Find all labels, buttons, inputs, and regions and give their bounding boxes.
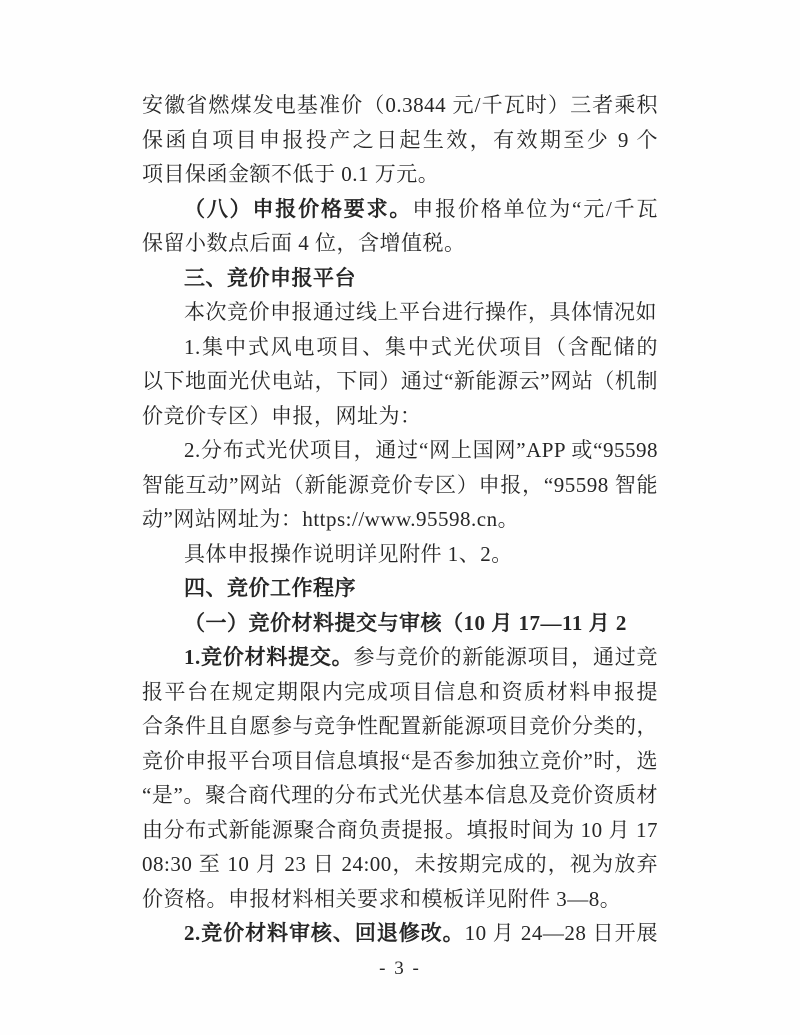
text-segment: 智能互动”网站（新能源竞价专区）申报，“95598 智能互 bbox=[142, 473, 658, 503]
text-segment: 保留小数点后面 4 位，含增值税。 bbox=[142, 231, 466, 255]
text-segment: 价竞价专区）申报，网址为：https://sgnec.sgcc.com.cn。 bbox=[142, 404, 422, 434]
text-line: 四、竞价工作程序 bbox=[142, 571, 658, 606]
text-segment: 本次竞价申报通过线上平台进行操作，具体情况如下： bbox=[142, 300, 657, 330]
text-line: 项目保函金额不低于 0.1 万元。 bbox=[142, 157, 658, 192]
text-segment: 合条件且自愿参与竞争性配置新能源项目竞价分类的，需在 bbox=[142, 714, 658, 744]
bold-text-segment: 2.竞价材料审核、回退修改。 bbox=[184, 921, 465, 945]
text-line: 保留小数点后面 4 位，含增值税。 bbox=[142, 226, 658, 261]
text-segment: 具体申报操作说明详见附件 1、2。 bbox=[184, 542, 513, 566]
text-line: 三、竞价申报平台 bbox=[142, 261, 658, 296]
text-line: 1.竞价材料提交。参与竞价的新能源项目，通过竞价申 bbox=[142, 640, 658, 675]
text-segment: 2.分布式光伏项目，通过“网上国网”APP 或“95598 bbox=[184, 438, 658, 462]
text-line: 动”网站网址为：https://www.95598.cn。 bbox=[142, 502, 658, 537]
document-page: 安徽省燃煤发电基准价（0.3844 元/千瓦时）三者乘积的 5%，保函自项目申报… bbox=[0, 0, 800, 1035]
text-line: 以下地面光伏电站，下同）通过“新能源云”网站（机制电 bbox=[142, 364, 658, 399]
text-line: 价资格。申报材料相关要求和模板详见附件 3—8。 bbox=[142, 882, 658, 917]
text-line: 安徽省燃煤发电基准价（0.3844 元/千瓦时）三者乘积的 5%， bbox=[142, 88, 658, 123]
text-segment: 由分布式新能源聚合商负责提报。填报时间为 10 月 17 日 bbox=[142, 818, 658, 848]
page-number: - 3 - bbox=[0, 958, 800, 980]
text-line: 本次竞价申报通过线上平台进行操作，具体情况如下： bbox=[142, 295, 658, 330]
text-line: （一）竞价材料提交与审核（10 月 17—11 月 2 日） bbox=[142, 606, 658, 641]
text-segment: “是”。聚合商代理的分布式光伏基本信息及竞价资质材料 bbox=[142, 783, 658, 813]
text-line: 价竞价专区）申报，网址为：https://sgnec.sgcc.com.cn。 bbox=[142, 399, 658, 434]
text-segment: 1.集中式风电项目、集中式光伏项目（含配储的 6MW bbox=[142, 335, 658, 365]
text-line: 1.集中式风电项目、集中式光伏项目（含配储的 6MW bbox=[142, 330, 658, 365]
text-segment: 项目保函金额不低于 0.1 万元。 bbox=[142, 162, 439, 186]
text-line: 智能互动”网站（新能源竞价专区）申报，“95598 智能互 bbox=[142, 468, 658, 503]
bold-text-segment: 四、竞价工作程序 bbox=[184, 576, 356, 600]
text-segment: 安徽省燃煤发电基准价（0.3844 元/千瓦时）三者乘积的 5%， bbox=[142, 93, 658, 123]
text-line: “是”。聚合商代理的分布式光伏基本信息及竞价资质材料 bbox=[142, 778, 658, 813]
text-line: 报平台在规定期限内完成项目信息和资质材料申报提交。符 bbox=[142, 675, 658, 710]
text-line: （八）申报价格要求。申报价格单位为“元/千瓦时”， bbox=[142, 192, 658, 227]
text-segment: 竞价申报平台项目信息填报“是否参加独立竞价”时，选择 bbox=[142, 749, 658, 779]
text-segment: 保函自项目申报投产之日起生效，有效期至少 9 个月。单个 bbox=[142, 128, 658, 158]
document-body: 安徽省燃煤发电基准价（0.3844 元/千瓦时）三者乘积的 5%，保函自项目申报… bbox=[142, 88, 658, 951]
text-line: 竞价申报平台项目信息填报“是否参加独立竞价”时，选择 bbox=[142, 744, 658, 779]
text-line: 08:30 至 10 月 23 日 24:00，未按期完成的，视为放弃本次竞 bbox=[142, 847, 658, 882]
bold-text-segment: （八）申报价格要求。 bbox=[184, 197, 412, 221]
text-line: 2.分布式光伏项目，通过“网上国网”APP 或“95598 bbox=[142, 433, 658, 468]
bold-text-segment: 三、竞价申报平台 bbox=[184, 266, 356, 290]
text-segment: 报平台在规定期限内完成项目信息和资质材料申报提交。符 bbox=[142, 680, 658, 710]
text-segment: 08:30 至 10 月 23 日 24:00，未按期完成的，视为放弃本次竞 bbox=[142, 852, 658, 882]
text-line: 保函自项目申报投产之日起生效，有效期至少 9 个月。单个 bbox=[142, 123, 658, 158]
text-line: 由分布式新能源聚合商负责提报。填报时间为 10 月 17 日 bbox=[142, 813, 658, 848]
text-line: 具体申报操作说明详见附件 1、2。 bbox=[142, 537, 658, 572]
text-segment: 动”网站网址为：https://www.95598.cn。 bbox=[142, 507, 519, 531]
bold-text-segment: 1.竞价材料提交。 bbox=[184, 645, 353, 669]
text-line: 合条件且自愿参与竞争性配置新能源项目竞价分类的，需在 bbox=[142, 709, 658, 744]
bold-text-segment: （一）竞价材料提交与审核（10 月 17—11 月 2 日） bbox=[142, 611, 627, 641]
text-segment: 价资格。申报材料相关要求和模板详见附件 3—8。 bbox=[142, 887, 621, 911]
text-line: 2.竞价材料审核、回退修改。10 月 24—28 日开展竞价 bbox=[142, 916, 658, 951]
text-segment: 以下地面光伏电站，下同）通过“新能源云”网站（机制电 bbox=[142, 369, 658, 399]
